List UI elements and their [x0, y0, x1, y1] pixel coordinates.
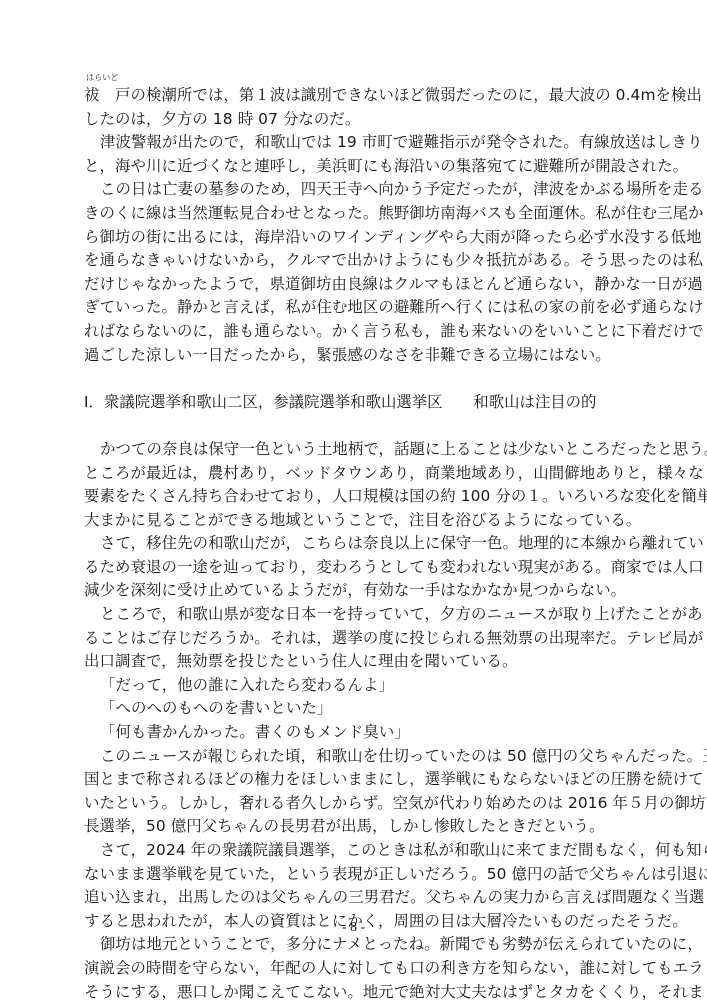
text-line: きのくに線は当然運転見合わせとなった。熊野御坊南海バスも全面運休。私が住む三尾か	[84, 202, 624, 226]
text-line: はらいど 祓 戸の検潮所では，第１波は識別できないほど微弱だったのに，最大波の …	[84, 84, 624, 108]
text-line: 要素をたくさん持ち合わせており，人口規模は国の約 100 分の１。いろいろな変化…	[84, 485, 624, 509]
text-line: ところで，和歌山県が変な日本一を持っていて，夕方のニュースが取り上げたことがあ	[84, 603, 624, 627]
text-line: 出口調査で，無効票を投じたという住人に理由を聞いている。	[84, 650, 624, 674]
paragraph-evacuation-order: 津波警報が出たので，和歌山では 19 市町で避難指示が発令された。有線放送はしき…	[84, 131, 624, 178]
text-line: さて，移住先の和歌山だが，こちらは奈良以上に保守一色。地理的に本線から離れてい	[84, 532, 624, 556]
text-line: したのは，夕方の 18 時 07 分なのだ。	[84, 108, 624, 132]
quote-line: 「へのへのもへのを書いといた」	[84, 697, 624, 721]
text-line: いたという。しかし，奢れる者久しからず。空気が代わり始めたのは 2016 年５月…	[84, 792, 624, 816]
text-line: さて，2024 年の衆議院議員選挙，このときは私が和歌山に来てまだ間もなく，何も…	[84, 839, 624, 863]
text-line: るため衰退の一途を辿っており，変わろうとしても変われない現実がある。商家では人口	[84, 556, 624, 580]
paragraph-tsunami-observation: はらいど 祓 戸の検潮所では，第１波は識別できないほど微弱だったのに，最大波の …	[84, 84, 624, 131]
text-line: 過ごした涼しい一日だったから，緊張感のなさを非難できる立場にはない。	[84, 344, 624, 368]
paragraph-nara: かつての奈良は保守一色という土地柄で，話題に上ることは少ないところだったと思う。…	[84, 438, 624, 532]
text-line: 大まかに見ることができる地域ということで，注目を浴びるようになっている。	[84, 509, 624, 533]
text-line: 追い込まれ，出馬したのは父ちゃんの三男君だ。父ちゃんの実力から言えば問題なく当選	[84, 886, 624, 910]
text-line: と，海や川に近づくなと連呼し，美浜町にも海沿いの集落宛てに避難所が開設された。	[84, 155, 624, 179]
text-line: ないまま選挙戦を見ていた，という表現が正しいだろう。50 億円の話で父ちゃんは引…	[84, 863, 624, 887]
text-line: ら御坊の街に出るには，海岸沿いのワインディングやら大雨が降ったら必ず水没する低地	[84, 226, 624, 250]
text-line: ところが最近は，農村あり，ベッドタウンあり，商業地域あり，山間僻地ありと，様々な	[84, 462, 624, 486]
paragraph-quiet-day: この日は亡妻の墓参のため，四天王寺へ向かう予定だったが，津波をかぶる場所を走る …	[84, 178, 624, 367]
section-heading: Ⅰ．衆議院選挙和歌山二区，参議院選挙和歌山選挙区 和歌山は注目の的	[84, 391, 624, 415]
text-line: 減少を深刻に受け止めているようだが，有効な一手はなかなか見つからない。	[84, 579, 624, 603]
text-line: そうにする，悪口しか聞こえてこない。地元で絶対大丈夫なはずとタカをくくり，それま	[84, 981, 624, 1000]
furigana: はらいど	[86, 73, 118, 82]
quote-line: 「何も書かんかった。書くのもメンド臭い」	[84, 721, 624, 745]
quote-line: 「だって，他の誰に入れたら変わるんよ」	[84, 674, 624, 698]
text-line: だけじゃなかったようで，県道御坊由良線はクルマもほとんど通らない，静かな一日が過	[84, 273, 624, 297]
text-line: このニュースが報じられた頃，和歌山を仕切っていたのは 50 億円の父ちゃんだった…	[84, 745, 624, 769]
paragraph-father: このニュースが報じられた頃，和歌山を仕切っていたのは 50 億円の父ちゃんだった…	[84, 745, 624, 839]
text-line: ればならないのに，誰も通らない。かく言う私も，誰も来ないのをいいことに下着だけで	[84, 320, 624, 344]
text-line: を通らなきゃいけないから，クルマで出かけようにも少々抵抗がある。そう思ったのは私	[84, 249, 624, 273]
text-line: この日は亡妻の墓参のため，四天王寺へ向かう予定だったが，津波をかぶる場所を走る	[84, 178, 624, 202]
interview-quotes: 「だって，他の誰に入れたら変わるんよ」 「へのへのもへのを書いといた」 「何も書…	[84, 674, 624, 745]
text-line: ぎていった。静かと言えば，私が住む地区の避難所へ行くには私の家の前を必ず通らなけ	[84, 296, 624, 320]
document-page: はらいど 祓 戸の検潮所では，第１波は識別できないほど微弱だったのに，最大波の …	[84, 84, 624, 1000]
paragraph-invalid-votes: ところで，和歌山県が変な日本一を持っていて，夕方のニュースが取り上げたことがあ …	[84, 603, 624, 674]
text-line: かつての奈良は保守一色という土地柄で，話題に上ることは少ないところだったと思う。	[84, 438, 624, 462]
paragraph-wakayama: さて，移住先の和歌山だが，こちらは奈良以上に保守一色。地理的に本線から離れてい …	[84, 532, 624, 603]
spacer	[84, 367, 624, 391]
text-line: 国とまで称されるほどの権力をほしいままにし，選挙戦にもならないほどの圧勝を続けて	[84, 768, 624, 792]
text-line: 長選挙，50 億円父ちゃんの長男君が出馬，しかし惨敗したときだという。	[84, 815, 624, 839]
paragraph-gobo: 御坊は地元ということで，多分にナメとったね。新聞でも劣勢が伝えられていたのに， …	[84, 933, 624, 1000]
text-line: 御坊は地元ということで，多分にナメとったね。新聞でも劣勢が伝えられていたのに，	[84, 933, 624, 957]
page-number: - 8 -	[0, 920, 707, 936]
text-line: 津波警報が出たので，和歌山では 19 市町で避難指示が発令された。有線放送はしき…	[84, 131, 624, 155]
text-line: ることはご存じだろうか。それは，選挙の度に投じられる無効票の出現率だ。テレビ局が	[84, 627, 624, 651]
text-line: 演説会の時間を守らない，年配の人に対しても口の利き方を知らない，誰に対してもエラ	[84, 957, 624, 981]
spacer	[84, 414, 624, 438]
